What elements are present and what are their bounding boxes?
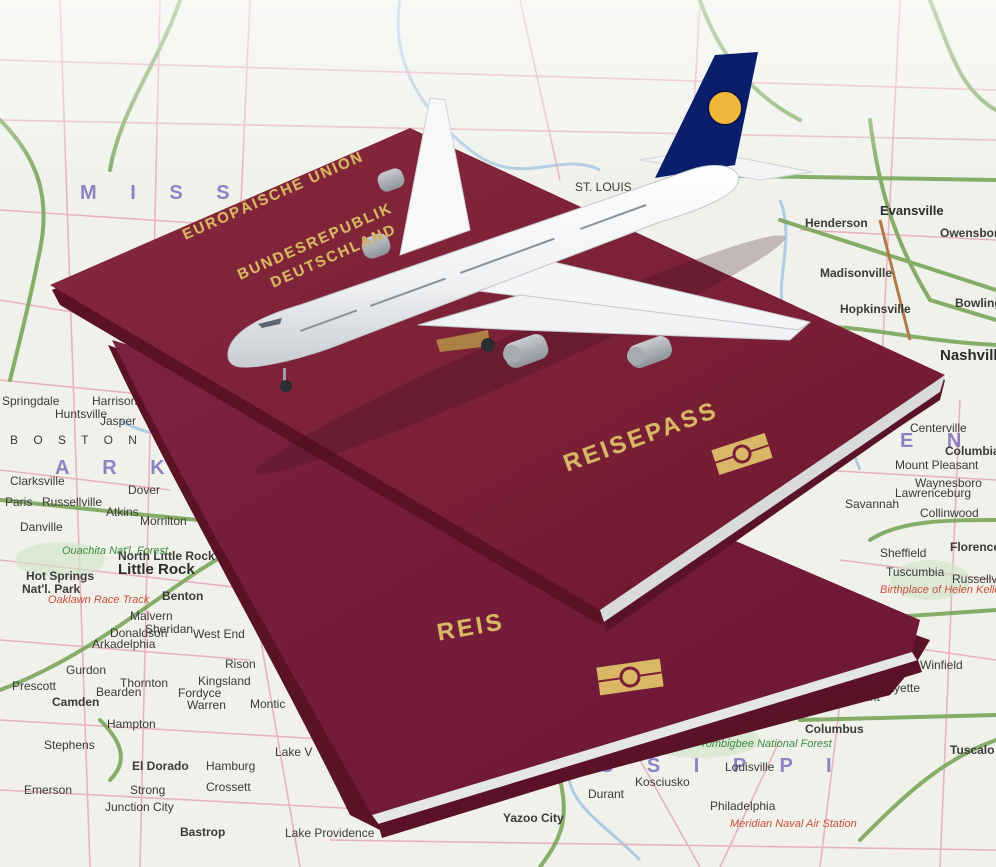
objects-layer [0,0,996,867]
tail-logo-icon [708,91,742,125]
photo-scene: M I S S A R K E N S S I P P I ST. LOUIS … [0,0,996,867]
